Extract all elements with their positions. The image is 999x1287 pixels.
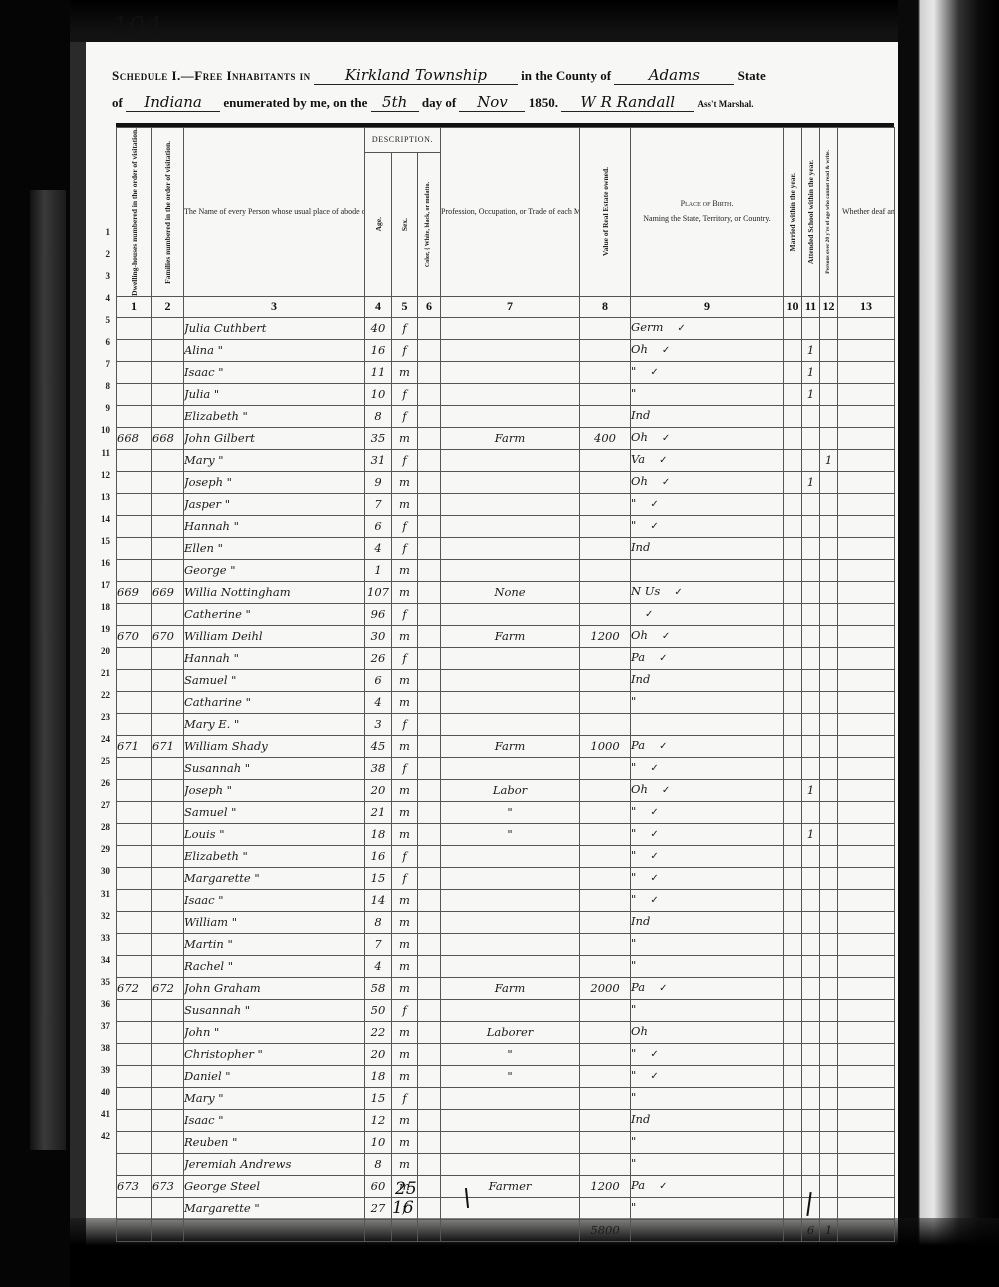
sex: m bbox=[392, 823, 418, 845]
illiterate-mark bbox=[820, 1065, 838, 1087]
dwelling-number bbox=[117, 757, 152, 779]
birthplace bbox=[631, 1219, 784, 1241]
age: 6 bbox=[365, 515, 392, 537]
sex: m bbox=[392, 1131, 418, 1153]
condition bbox=[838, 757, 895, 779]
real-estate-value bbox=[580, 647, 631, 669]
person-name: Samuel " bbox=[184, 801, 365, 823]
real-estate-value bbox=[580, 801, 631, 823]
sex: m bbox=[392, 933, 418, 955]
condition bbox=[838, 1153, 895, 1175]
birthplace: "✓ bbox=[631, 361, 784, 383]
illiterate-mark bbox=[820, 405, 838, 427]
person-name-text: Willia Nottingham bbox=[184, 585, 291, 599]
occupation bbox=[441, 471, 580, 493]
birthplace: ✓ bbox=[631, 603, 784, 625]
age: 31 bbox=[365, 449, 392, 471]
school-mark-text: 1 bbox=[807, 827, 814, 841]
married-mark bbox=[784, 1197, 802, 1219]
real-estate-value-text: 1200 bbox=[590, 629, 619, 643]
birthplace-text: Pa bbox=[631, 650, 645, 664]
dwelling-number bbox=[117, 493, 152, 515]
birthplace: Germ✓ bbox=[631, 317, 784, 339]
birthplace-text: Oh bbox=[631, 1024, 648, 1038]
person-name-text: Susannah " bbox=[184, 761, 250, 775]
age-text: 16 bbox=[371, 343, 386, 357]
married-mark bbox=[784, 691, 802, 713]
table-row: Louis "18m""✓1 bbox=[117, 823, 895, 845]
person-name-text: Samuel " bbox=[184, 805, 236, 819]
illiterate-mark bbox=[820, 999, 838, 1021]
school-mark bbox=[802, 559, 820, 581]
sex-text: m bbox=[399, 431, 410, 445]
age-text: 18 bbox=[371, 1069, 386, 1083]
sex-text: f bbox=[402, 761, 406, 775]
age-text: 4 bbox=[374, 541, 381, 555]
school-mark bbox=[802, 955, 820, 977]
check-mark-icon: ✓ bbox=[659, 1181, 667, 1192]
birthplace-text: " bbox=[631, 386, 636, 400]
family-number-text: 671 bbox=[152, 739, 174, 753]
dwelling-number bbox=[117, 867, 152, 889]
table-row: Hannah "6f"✓ bbox=[117, 515, 895, 537]
occupation-text: None bbox=[494, 585, 525, 599]
birthplace bbox=[631, 713, 784, 735]
illiterate-mark bbox=[820, 1175, 838, 1197]
table-row: Jeremiah Andrews8m" bbox=[117, 1153, 895, 1175]
age-text: 7 bbox=[374, 497, 381, 511]
real-estate-value bbox=[580, 339, 631, 361]
real-estate-value bbox=[580, 1043, 631, 1065]
age: 40 bbox=[365, 317, 392, 339]
condition bbox=[838, 427, 895, 449]
family-number bbox=[152, 999, 184, 1021]
occupation-text: Farm bbox=[495, 431, 525, 445]
sex-text: m bbox=[399, 673, 410, 687]
color bbox=[418, 867, 441, 889]
occupation bbox=[441, 493, 580, 515]
school-mark bbox=[802, 691, 820, 713]
family-number bbox=[152, 1021, 184, 1043]
age-text: 10 bbox=[371, 387, 386, 401]
family-number bbox=[152, 449, 184, 471]
real-estate-value bbox=[580, 1021, 631, 1043]
line-number: 1 bbox=[92, 227, 110, 237]
marshal-signature: W R Randall bbox=[561, 93, 694, 112]
married-mark bbox=[784, 955, 802, 977]
dwelling-number bbox=[117, 713, 152, 735]
married-mark bbox=[784, 1043, 802, 1065]
occupation bbox=[441, 889, 580, 911]
sex: m bbox=[392, 691, 418, 713]
person-name: John " bbox=[184, 1021, 365, 1043]
family-number: 668 bbox=[152, 427, 184, 449]
occupation: " bbox=[441, 1043, 580, 1065]
film-left-edge bbox=[30, 190, 66, 1150]
birthplace: Ind bbox=[631, 669, 784, 691]
color bbox=[418, 449, 441, 471]
family-number bbox=[152, 1109, 184, 1131]
condition bbox=[838, 1087, 895, 1109]
birthplace-text: " bbox=[631, 958, 636, 972]
color bbox=[418, 493, 441, 515]
dwelling-number bbox=[117, 1197, 152, 1219]
illiterate-mark bbox=[820, 867, 838, 889]
married-mark bbox=[784, 1109, 802, 1131]
table-row: 668668John Gilbert35mFarm400Oh✓ bbox=[117, 427, 895, 449]
person-name: John Graham bbox=[184, 977, 365, 999]
person-name: Margarette " bbox=[184, 1197, 365, 1219]
color bbox=[418, 603, 441, 625]
table-row: Elizabeth "8fInd bbox=[117, 405, 895, 427]
real-estate-value bbox=[580, 1065, 631, 1087]
sex: m bbox=[392, 581, 418, 603]
illiterate-mark bbox=[820, 713, 838, 735]
col-header-school: Attended School within the year. bbox=[802, 128, 820, 297]
condition bbox=[838, 999, 895, 1021]
line-number: 3 bbox=[92, 271, 110, 281]
birthplace-text: " bbox=[631, 760, 636, 774]
col-header-condition: Whether deaf and dumb, blind, insane, id… bbox=[838, 128, 895, 297]
condition bbox=[838, 933, 895, 955]
real-estate-value bbox=[580, 559, 631, 581]
table-row: 671671William Shady45mFarm1000Pa✓ bbox=[117, 735, 895, 757]
school-mark: 1 bbox=[802, 779, 820, 801]
condition bbox=[838, 845, 895, 867]
occupation: None bbox=[441, 581, 580, 603]
sex: m bbox=[392, 1109, 418, 1131]
school-mark bbox=[802, 581, 820, 603]
person-name: Julia " bbox=[184, 383, 365, 405]
table-row: 670670William Deihl30mFarm1200Oh✓ bbox=[117, 625, 895, 647]
school-mark bbox=[802, 845, 820, 867]
school-mark bbox=[802, 515, 820, 537]
married-mark bbox=[784, 669, 802, 691]
age-text: 1 bbox=[374, 563, 381, 577]
school-mark bbox=[802, 999, 820, 1021]
birthplace: "✓ bbox=[631, 1065, 784, 1087]
family-number bbox=[152, 845, 184, 867]
sex-text: f bbox=[402, 1091, 406, 1105]
line-number: 5 bbox=[92, 315, 110, 325]
table-row: Susannah "50f" bbox=[117, 999, 895, 1021]
illiterate-mark bbox=[820, 801, 838, 823]
age: 12 bbox=[365, 1109, 392, 1131]
person-name: Willia Nottingham bbox=[184, 581, 365, 603]
table-row: Alina "16fOh✓1 bbox=[117, 339, 895, 361]
sex: f bbox=[392, 867, 418, 889]
married-mark bbox=[784, 647, 802, 669]
age: 7 bbox=[365, 493, 392, 515]
tally-top: 25 bbox=[395, 1180, 417, 1199]
family-number bbox=[152, 317, 184, 339]
person-name: Louis " bbox=[184, 823, 365, 845]
illiterate-mark bbox=[820, 471, 838, 493]
birthplace-text: " bbox=[631, 804, 636, 818]
occupation bbox=[441, 449, 580, 471]
occupation: " bbox=[441, 1065, 580, 1087]
check-mark-icon: ✓ bbox=[662, 433, 670, 444]
age: 30 bbox=[365, 625, 392, 647]
real-estate-value bbox=[580, 955, 631, 977]
married-mark bbox=[784, 1087, 802, 1109]
person-name: Mary E. " bbox=[184, 713, 365, 735]
sex: f bbox=[392, 713, 418, 735]
age-text: 38 bbox=[371, 761, 386, 775]
color bbox=[418, 1219, 441, 1241]
married-mark bbox=[784, 1131, 802, 1153]
occupation-text: Labor bbox=[493, 783, 527, 797]
sex: m bbox=[392, 889, 418, 911]
dwelling-number: 671 bbox=[117, 735, 152, 757]
column-number: 9 bbox=[631, 296, 784, 317]
column-number: 3 bbox=[184, 296, 365, 317]
color bbox=[418, 933, 441, 955]
school-mark bbox=[802, 867, 820, 889]
sex-text: m bbox=[399, 1135, 410, 1149]
family-number-text: 668 bbox=[152, 431, 174, 445]
school-mark bbox=[802, 427, 820, 449]
age-text: 6 bbox=[374, 519, 381, 533]
married-mark bbox=[784, 823, 802, 845]
sex: m bbox=[392, 559, 418, 581]
age-text: 12 bbox=[371, 1113, 386, 1127]
real-estate-value bbox=[580, 449, 631, 471]
person-name: Joseph " bbox=[184, 779, 365, 801]
school-mark bbox=[802, 1021, 820, 1043]
enumerated-label: enumerated by me, on the bbox=[223, 95, 367, 110]
age-text: 8 bbox=[374, 409, 381, 423]
occupation bbox=[441, 1131, 580, 1153]
family-number bbox=[152, 383, 184, 405]
age: 50 bbox=[365, 999, 392, 1021]
sex: f bbox=[392, 383, 418, 405]
person-name: Isaac " bbox=[184, 361, 365, 383]
married-mark bbox=[784, 471, 802, 493]
birthplace: Pa✓ bbox=[631, 735, 784, 757]
illiterate-mark: 1 bbox=[820, 449, 838, 471]
color bbox=[418, 713, 441, 735]
school-mark-text: 1 bbox=[807, 365, 814, 379]
sex-text: m bbox=[399, 915, 410, 929]
line-number: 17 bbox=[92, 580, 110, 590]
real-estate-value bbox=[580, 669, 631, 691]
line-number: 10 bbox=[92, 425, 110, 435]
occupation-text: Farm bbox=[495, 981, 525, 995]
person-name: Susannah " bbox=[184, 757, 365, 779]
family-number bbox=[152, 669, 184, 691]
occupation bbox=[441, 757, 580, 779]
illiterate-mark bbox=[820, 537, 838, 559]
occupation: Labor bbox=[441, 779, 580, 801]
col-header-family: Families numbered in the order of visita… bbox=[152, 128, 184, 297]
birthplace: "✓ bbox=[631, 889, 784, 911]
table-row: Samuel "21m""✓ bbox=[117, 801, 895, 823]
sex: f bbox=[392, 339, 418, 361]
line-number: 19 bbox=[92, 624, 110, 634]
condition bbox=[838, 977, 895, 999]
school-mark bbox=[802, 757, 820, 779]
age: 7 bbox=[365, 933, 392, 955]
married-mark bbox=[784, 559, 802, 581]
year-label: 1850. bbox=[529, 95, 558, 110]
tally-bottom: 16 bbox=[392, 1199, 417, 1218]
school-mark bbox=[802, 713, 820, 735]
age-text: 3 bbox=[374, 717, 381, 731]
real-estate-value-text: 1000 bbox=[590, 739, 619, 753]
table-row: Joseph "9mOh✓1 bbox=[117, 471, 895, 493]
dwelling-number bbox=[117, 845, 152, 867]
married-mark bbox=[784, 1219, 802, 1241]
condition bbox=[838, 911, 895, 933]
person-name-text: Julia Cuthbert bbox=[184, 321, 266, 335]
table-row: Catherine "96f✓ bbox=[117, 603, 895, 625]
person-name bbox=[184, 1219, 365, 1241]
family-number-text: 669 bbox=[152, 585, 174, 599]
line-number: 15 bbox=[92, 536, 110, 546]
sex-text: m bbox=[399, 1069, 410, 1083]
real-estate-value bbox=[580, 867, 631, 889]
real-estate-value bbox=[580, 361, 631, 383]
married-mark bbox=[784, 449, 802, 471]
age: 11 bbox=[365, 361, 392, 383]
illiterate-mark bbox=[820, 493, 838, 515]
line-number: 34 bbox=[92, 955, 110, 965]
table-row: 673673George Steel60mFarmer1200Pa✓ bbox=[117, 1175, 895, 1197]
line-number: 37 bbox=[92, 1021, 110, 1031]
sex: m bbox=[392, 427, 418, 449]
school-mark bbox=[802, 537, 820, 559]
color bbox=[418, 955, 441, 977]
school-mark-text: 6 bbox=[807, 1223, 814, 1237]
age-text: 58 bbox=[371, 981, 386, 995]
column-number: 12 bbox=[820, 296, 838, 317]
occupation-text: " bbox=[507, 1047, 512, 1061]
line-number: 31 bbox=[92, 889, 110, 899]
birthplace-text: Oh bbox=[631, 782, 648, 796]
dwelling-number bbox=[117, 823, 152, 845]
age bbox=[365, 1219, 392, 1241]
married-mark bbox=[784, 515, 802, 537]
real-estate-value bbox=[580, 1197, 631, 1219]
sex-text: m bbox=[399, 805, 410, 819]
sex: m bbox=[392, 1043, 418, 1065]
col-header-occupation: Profession, Occupation, or Trade of each… bbox=[441, 128, 580, 297]
sex-text: f bbox=[402, 717, 406, 731]
person-name-text: Catherine " bbox=[184, 607, 251, 621]
table-row: Margarette "15f"✓ bbox=[117, 867, 895, 889]
condition bbox=[838, 515, 895, 537]
school-mark-text: 1 bbox=[807, 343, 814, 357]
person-name-text: George " bbox=[184, 563, 236, 577]
age-text: 9 bbox=[374, 475, 381, 489]
birthplace: "✓ bbox=[631, 515, 784, 537]
person-name-text: William " bbox=[184, 915, 237, 929]
person-name: Mary " bbox=[184, 1087, 365, 1109]
real-estate-value bbox=[580, 823, 631, 845]
occupation bbox=[441, 713, 580, 735]
age: 20 bbox=[365, 779, 392, 801]
dwelling-number bbox=[117, 537, 152, 559]
age: 14 bbox=[365, 889, 392, 911]
check-mark-icon: ✓ bbox=[662, 785, 670, 796]
age-text: 8 bbox=[374, 915, 381, 929]
person-name-text: John Gilbert bbox=[184, 431, 255, 445]
age: 60 bbox=[365, 1175, 392, 1197]
illiterate-mark bbox=[820, 977, 838, 999]
birthplace-text: " bbox=[631, 826, 636, 840]
dwelling-number-text: 669 bbox=[117, 585, 139, 599]
married-mark bbox=[784, 383, 802, 405]
condition bbox=[838, 801, 895, 823]
real-estate-value: 1000 bbox=[580, 735, 631, 757]
age-text: 7 bbox=[374, 937, 381, 951]
sex-text: f bbox=[402, 409, 406, 423]
illiterate-mark bbox=[820, 383, 838, 405]
condition bbox=[838, 1219, 895, 1241]
col-header-sex: Sex. bbox=[392, 153, 418, 297]
sex: f bbox=[392, 1087, 418, 1109]
family-number: 669 bbox=[152, 581, 184, 603]
condition bbox=[838, 383, 895, 405]
birthplace-text: " bbox=[631, 936, 636, 950]
illiterate-mark bbox=[820, 911, 838, 933]
person-name-text: Reuben " bbox=[184, 1135, 237, 1149]
school-mark bbox=[802, 1197, 820, 1219]
birthplace-text: N Us bbox=[631, 584, 660, 598]
check-mark-icon: ✓ bbox=[645, 609, 653, 620]
family-number bbox=[152, 757, 184, 779]
dwelling-number bbox=[117, 1219, 152, 1241]
occupation-text: Farm bbox=[495, 629, 525, 643]
age-text: 30 bbox=[371, 629, 386, 643]
sex-text: f bbox=[402, 321, 406, 335]
school-mark bbox=[802, 449, 820, 471]
condition bbox=[838, 1197, 895, 1219]
dwelling-number bbox=[117, 383, 152, 405]
age-text: 15 bbox=[371, 1091, 386, 1105]
person-name: Isaac " bbox=[184, 1109, 365, 1131]
person-name-text: Mary " bbox=[184, 453, 224, 467]
person-name-text: Rachel " bbox=[184, 959, 233, 973]
township-field: Kirkland Township bbox=[314, 66, 518, 85]
condition bbox=[838, 405, 895, 427]
sex: m bbox=[392, 801, 418, 823]
condition bbox=[838, 603, 895, 625]
check-mark-icon: ✓ bbox=[662, 345, 670, 356]
family-number bbox=[152, 603, 184, 625]
birthplace bbox=[631, 559, 784, 581]
person-name-text: Isaac " bbox=[184, 365, 224, 379]
married-mark bbox=[784, 581, 802, 603]
sex-text: m bbox=[399, 1113, 410, 1127]
sex-text: f bbox=[402, 651, 406, 665]
person-name-text: Isaac " bbox=[184, 1113, 224, 1127]
person-name: Samuel " bbox=[184, 669, 365, 691]
birthplace-text: Oh bbox=[631, 474, 648, 488]
table-row: Catharine "4m" bbox=[117, 691, 895, 713]
color bbox=[418, 383, 441, 405]
person-name: Isaac " bbox=[184, 889, 365, 911]
sex: m bbox=[392, 779, 418, 801]
birthplace: "✓ bbox=[631, 867, 784, 889]
age-text: 40 bbox=[371, 321, 386, 335]
birthplace-text: " bbox=[631, 1200, 636, 1214]
age-text: 50 bbox=[371, 1003, 386, 1017]
birthplace-text: Oh bbox=[631, 628, 648, 642]
sex-text: f bbox=[402, 453, 406, 467]
sex-text: m bbox=[399, 783, 410, 797]
